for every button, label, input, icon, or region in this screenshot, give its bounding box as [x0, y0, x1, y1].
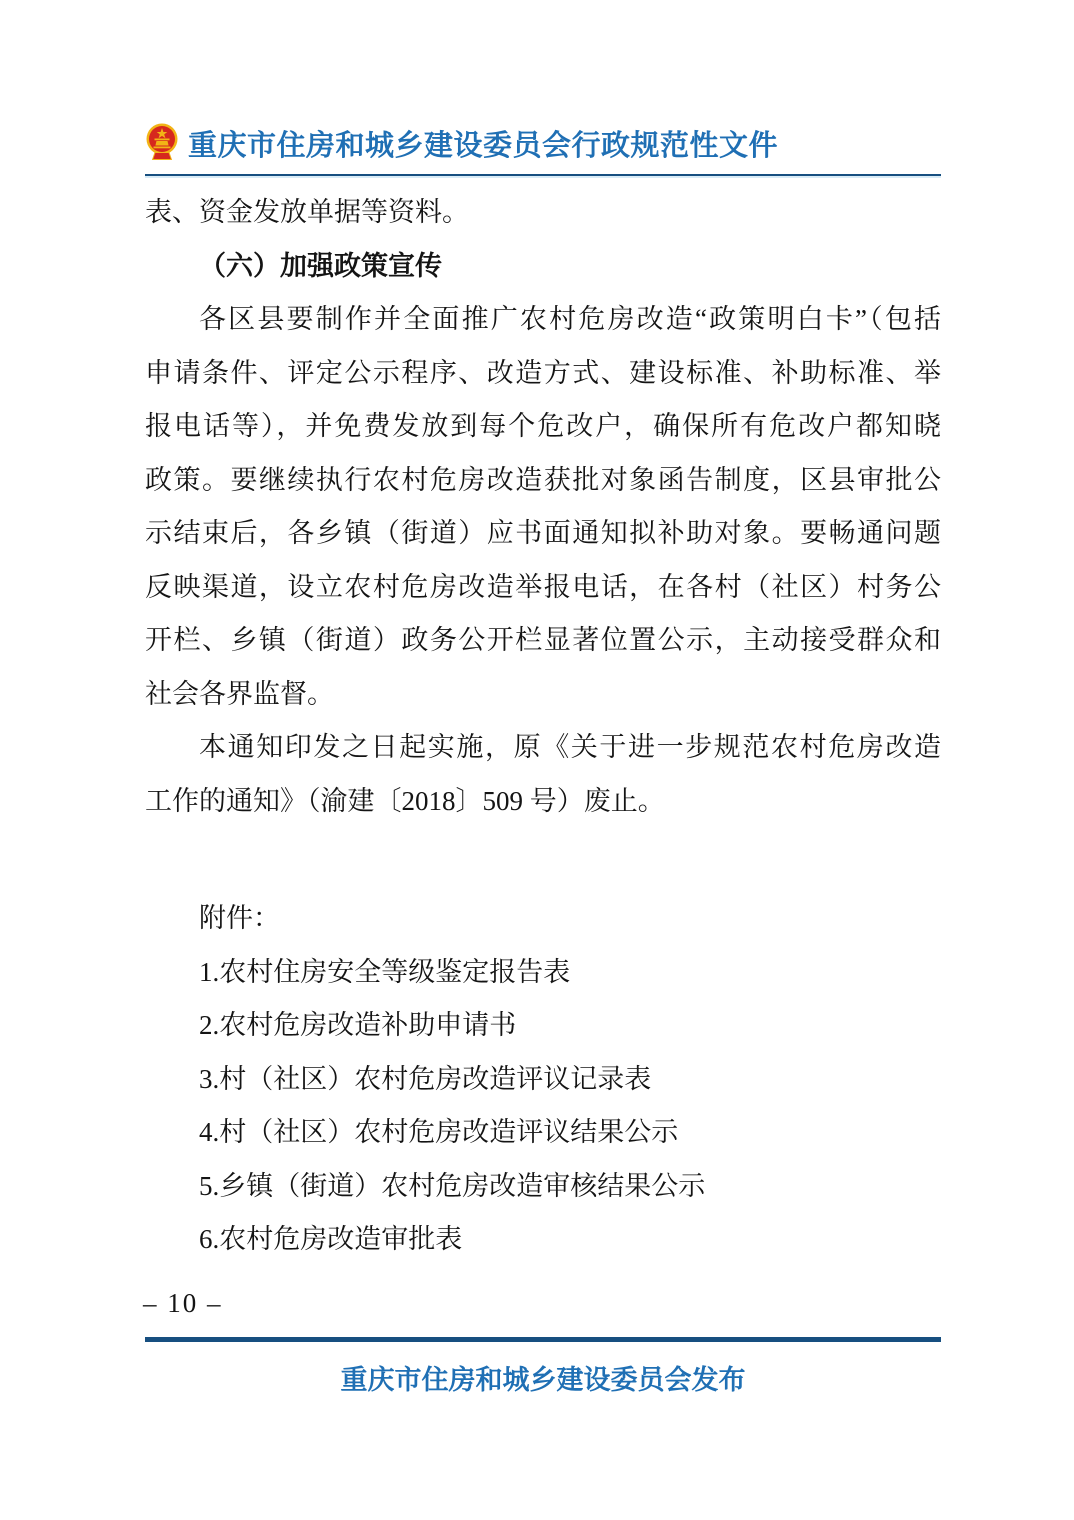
publisher-label: 重庆市住房和城乡建设委员会发布	[145, 1358, 941, 1397]
section-heading: （六）加强政策宣传	[145, 240, 941, 294]
document-page: 重庆市住房和城乡建设委员会行政规范性文件 表、资金发放单据等资料。 （六）加强政…	[0, 0, 1074, 1520]
paragraph-line: 本通知印发之日起实施，原《关于进一步规范农村危房改造	[145, 721, 941, 775]
paragraph-line: 报电话等），并免费发放到每个危改户，确保所有危改户都知晓	[145, 400, 941, 454]
attachment-item: 2.农村危房改造补助申请书	[145, 999, 941, 1053]
paragraph-line: 社会各界监督。	[145, 668, 941, 722]
paragraph-line: 反映渠道，设立农村危房改造举报电话，在各村（社区）村务公	[145, 561, 941, 615]
attachment-item: 3.村（社区）农村危房改造评议记录表	[145, 1053, 941, 1107]
section-gap	[145, 828, 941, 892]
header-rule	[145, 174, 941, 178]
page-number: – 10 –	[143, 1288, 223, 1319]
attachment-item: 6.农村危房改造审批表	[145, 1213, 941, 1267]
paragraph-line: 开栏、乡镇（街道）政务公开栏显著位置公示，主动接受群众和	[145, 614, 941, 668]
national-emblem-icon	[145, 121, 179, 165]
paragraph-line: 政策。要继续执行农村危房改造获批对象函告制度，区县审批公	[145, 454, 941, 508]
attachment-item: 5.乡镇（街道）农村危房改造审核结果公示	[145, 1160, 941, 1214]
attachment-item: 4.村（社区）农村危房改造评议结果公示	[145, 1106, 941, 1160]
paragraph-line: 示结束后，各乡镇（街道）应书面通知拟补助对象。要畅通问题	[145, 507, 941, 561]
intro-line: 表、资金发放单据等资料。	[145, 186, 941, 240]
paragraph-line: 申请条件、评定公示程序、改造方式、建设标准、补助标准、举	[145, 347, 941, 401]
paragraph-line: 工作的通知》（渝建〔2018〕509 号）废止。	[145, 775, 941, 829]
document-header-title: 重庆市住房和城乡建设委员会行政规范性文件	[188, 126, 948, 166]
document-body: 表、资金发放单据等资料。 （六）加强政策宣传 各区县要制作并全面推广农村危房改造…	[145, 186, 941, 1267]
paragraph-line: 各区县要制作并全面推广农村危房改造“政策明白卡”（包括	[145, 293, 941, 347]
attachment-item: 1.农村住房安全等级鉴定报告表	[145, 946, 941, 1000]
footer-rule	[145, 1337, 941, 1342]
attachments-label: 附件：	[145, 892, 941, 946]
